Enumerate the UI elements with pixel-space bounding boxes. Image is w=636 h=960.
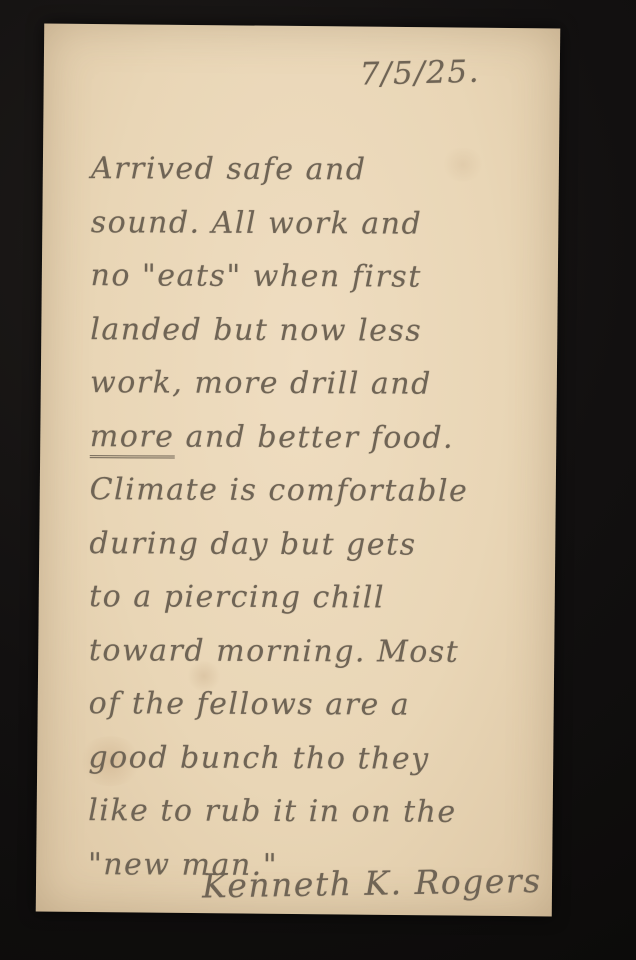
message-line: good bunch tho they (88, 740, 538, 795)
message-line: Arrived safe and (91, 151, 541, 206)
message-line: more and better food. (90, 419, 540, 474)
message-body: Arrived safe andsound. All work andno "e… (88, 151, 541, 902)
message-text: and better food. (174, 419, 454, 455)
postcard-photo: 7/5/25. Arrived safe andsound. All work … (0, 0, 636, 960)
underlined-word: more (90, 419, 175, 458)
message-line: during day but gets (89, 526, 539, 581)
postcard: 7/5/25. Arrived safe andsound. All work … (36, 24, 561, 917)
message-text: landed but now less (90, 312, 422, 348)
message-text: Arrived safe and (91, 151, 367, 187)
message-text: Climate is comfortable (90, 472, 469, 509)
message-text: during day but gets (89, 526, 416, 562)
message-text: sound. All work and (91, 205, 423, 241)
message-line: like to rub it in on the (88, 793, 538, 848)
message-text: toward morning. Most (89, 633, 460, 670)
message-line: to a piercing chill (89, 579, 539, 634)
message-line: no "eats" when first (90, 258, 540, 313)
message-line: toward morning. Most (89, 633, 539, 688)
message-text: to a piercing chill (89, 579, 385, 615)
message-text: good bunch tho they (88, 740, 429, 776)
message-line: Climate is comfortable (89, 472, 539, 527)
message-text: work, more drill and (90, 365, 432, 401)
message-line: sound. All work and (91, 205, 541, 260)
signature: Kenneth K. Rogers (202, 861, 542, 906)
message-text: no "eats" when first (90, 258, 421, 294)
message-line: landed but now less (90, 312, 540, 367)
handwritten-date: 7/5/25. (359, 54, 480, 93)
message-line: work, more drill and (90, 365, 540, 420)
message-text: like to rub it in on the (88, 793, 457, 830)
message-text: of the fellows are a (89, 686, 411, 722)
message-line: of the fellows are a (89, 686, 539, 741)
